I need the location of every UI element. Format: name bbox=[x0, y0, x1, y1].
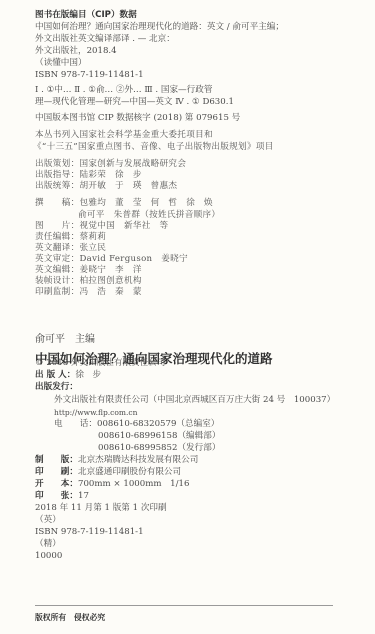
detail-value: 17 bbox=[78, 491, 89, 501]
credit-row: 责任编辑：蔡莉莉 bbox=[35, 232, 106, 243]
phone-row: 电 话：008610-68320579（总编室） bbox=[54, 419, 219, 430]
publisher-row: 出 版 人：徐 步 bbox=[35, 370, 101, 381]
detail-label: 开 本： bbox=[35, 479, 78, 490]
credit-row: 英文编辑：姜晓宁 李 洋 bbox=[35, 265, 142, 276]
cip-line: 中国如何治理？通向国家治理现代化的道路：英文 / 俞可平主编； bbox=[35, 22, 284, 33]
planning-value: 陆彩荣 徐 步 bbox=[79, 170, 141, 180]
cip-classification: Ⅰ . ①中… Ⅱ . ①俞… ②外… Ⅲ . 国家—行政管 bbox=[35, 85, 212, 96]
detail-label: 印 刷： bbox=[35, 467, 78, 478]
edition-line: 2018 年 11 月第 1 版第 1 次印刷 bbox=[35, 503, 167, 514]
detail-row: 制 版：北京杰瑞腾达科技发展有限公司 bbox=[35, 455, 198, 466]
credit-label: 英文编辑： bbox=[35, 265, 79, 276]
credit-row: 撰 稿：包雅均 董 莹 何 哲 徐 焕 bbox=[35, 198, 213, 209]
credit-row: 印刷监制：冯 浩 秦 蒙 bbox=[35, 287, 142, 298]
credit-value: David Ferguson 姜晓宁 bbox=[79, 254, 187, 264]
credit-value: 俞可平 朱普群（按姓氏拼音顺序） bbox=[78, 210, 220, 220]
distribution-label: 出版发行： bbox=[35, 382, 78, 393]
credit-label: 责任编辑： bbox=[35, 232, 79, 243]
credit-row: 俞可平 朱普群（按姓氏拼音顺序） bbox=[78, 210, 220, 221]
detail-row: 印 刷：北京盛通印刷股份有限公司 bbox=[35, 467, 181, 478]
credit-value: 包雅均 董 莹 何 哲 徐 焕 bbox=[79, 198, 212, 208]
cip-classification: 理—现代化管理—研究—中国—英文 Ⅳ . ① D630.1 bbox=[35, 97, 234, 108]
planning-value: 国家创新与发展战略研究会 bbox=[79, 159, 186, 169]
isbn-line: ISBN 978-7-119-11481-1 bbox=[35, 527, 144, 538]
binding-line: （精） bbox=[35, 539, 61, 550]
book-editor: 俞可平 主编 bbox=[35, 333, 95, 347]
credit-label: 英文审定： bbox=[35, 254, 79, 265]
phone-label: 电 话： bbox=[54, 419, 97, 430]
planning-label: 出版指导： bbox=[35, 170, 79, 181]
planning-label: 出版统筹： bbox=[35, 181, 79, 192]
planning-label: 出版策划： bbox=[35, 159, 79, 170]
price-line: 10000 bbox=[35, 551, 62, 562]
planning-row: 出版策划：国家创新与发展战略研究会 bbox=[35, 159, 186, 170]
distribution-company: 外文出版社有限责任公司（中国北京西城区百万庄大街 24 号 100037） bbox=[54, 395, 335, 406]
planning-value: 胡开敏 于 瑛 曾惠杰 bbox=[79, 181, 177, 191]
credit-row: 英文审定：David Ferguson 姜晓宁 bbox=[35, 254, 188, 265]
publisher-label: 出 版 人： bbox=[35, 370, 75, 381]
detail-row: 开 本：700mm × 1000mm 1/16 bbox=[35, 479, 189, 490]
credit-value: 张立民 bbox=[79, 243, 106, 253]
detail-row: 印 张：17 bbox=[35, 491, 89, 502]
website: http://www.flp.com.cn bbox=[54, 407, 137, 418]
cip-heading: 图书在版编目（CIP）数据 bbox=[35, 10, 137, 21]
publisher-value: 徐 步 bbox=[75, 370, 101, 380]
credit-label: 撰 稿： bbox=[35, 198, 79, 209]
cip-line: 外文出版社英文编译部译 . — 北京： bbox=[35, 34, 175, 45]
credit-value: 冯 浩 秦 蒙 bbox=[79, 287, 141, 297]
credit-label: 英文翻译： bbox=[35, 243, 79, 254]
credit-row: 英文翻译：张立民 bbox=[35, 243, 106, 254]
credit-label: 装帧设计： bbox=[35, 276, 79, 287]
detail-label: 制 版： bbox=[35, 455, 78, 466]
credit-value: 视觉中国 新华社 等 bbox=[79, 221, 168, 231]
detail-label: 印 张： bbox=[35, 491, 78, 502]
credit-value: 姜晓宁 李 洋 bbox=[79, 265, 141, 275]
detail-value: 北京盛通印刷股份有限公司 bbox=[78, 467, 181, 477]
cip-line: （读懂中国） bbox=[35, 58, 87, 69]
credit-value: 柏拉图创意机构 bbox=[79, 276, 141, 286]
phone-value: 008610-68995852（发行部） bbox=[98, 443, 220, 454]
cip-number: 中国版本图书馆 CIP 数据核字 (2018) 第 079615 号 bbox=[35, 113, 240, 124]
project-note: 本丛书列入国家社会科学基金重大委托项目和 bbox=[35, 130, 213, 141]
divider bbox=[35, 605, 333, 606]
credit-label: 图 片： bbox=[35, 221, 79, 232]
project-note: 《“十三五”国家重点图书、音像、电子出版物出版规划》项目 bbox=[33, 142, 274, 153]
detail-value: 北京杰瑞腾达科技发展有限公司 bbox=[78, 455, 198, 465]
credit-row: 装帧设计：柏拉图创意机构 bbox=[35, 276, 142, 287]
phone-value: 008610-68996158（编辑部） bbox=[98, 431, 220, 442]
cip-isbn: ISBN 978-7-119-11481-1 bbox=[35, 70, 144, 81]
credit-label: 印刷监制： bbox=[35, 287, 79, 298]
phone-value: 008610-68320579（总编室） bbox=[97, 419, 219, 429]
cip-line: 外文出版社，2018.4 bbox=[35, 46, 117, 57]
language-line: （英） bbox=[35, 515, 61, 526]
copyright-line: © 2018 外文出版社有限责任公司 bbox=[35, 358, 165, 369]
detail-value: 700mm × 1000mm 1/16 bbox=[78, 479, 189, 489]
credit-value: 蔡莉莉 bbox=[79, 232, 106, 242]
rights-notice: 版权所有 侵权必究 bbox=[35, 612, 105, 623]
planning-row: 出版统筹：胡开敏 于 瑛 曾惠杰 bbox=[35, 181, 177, 192]
planning-row: 出版指导：陆彩荣 徐 步 bbox=[35, 170, 142, 181]
credit-row: 图 片：视觉中国 新华社 等 bbox=[35, 221, 168, 232]
